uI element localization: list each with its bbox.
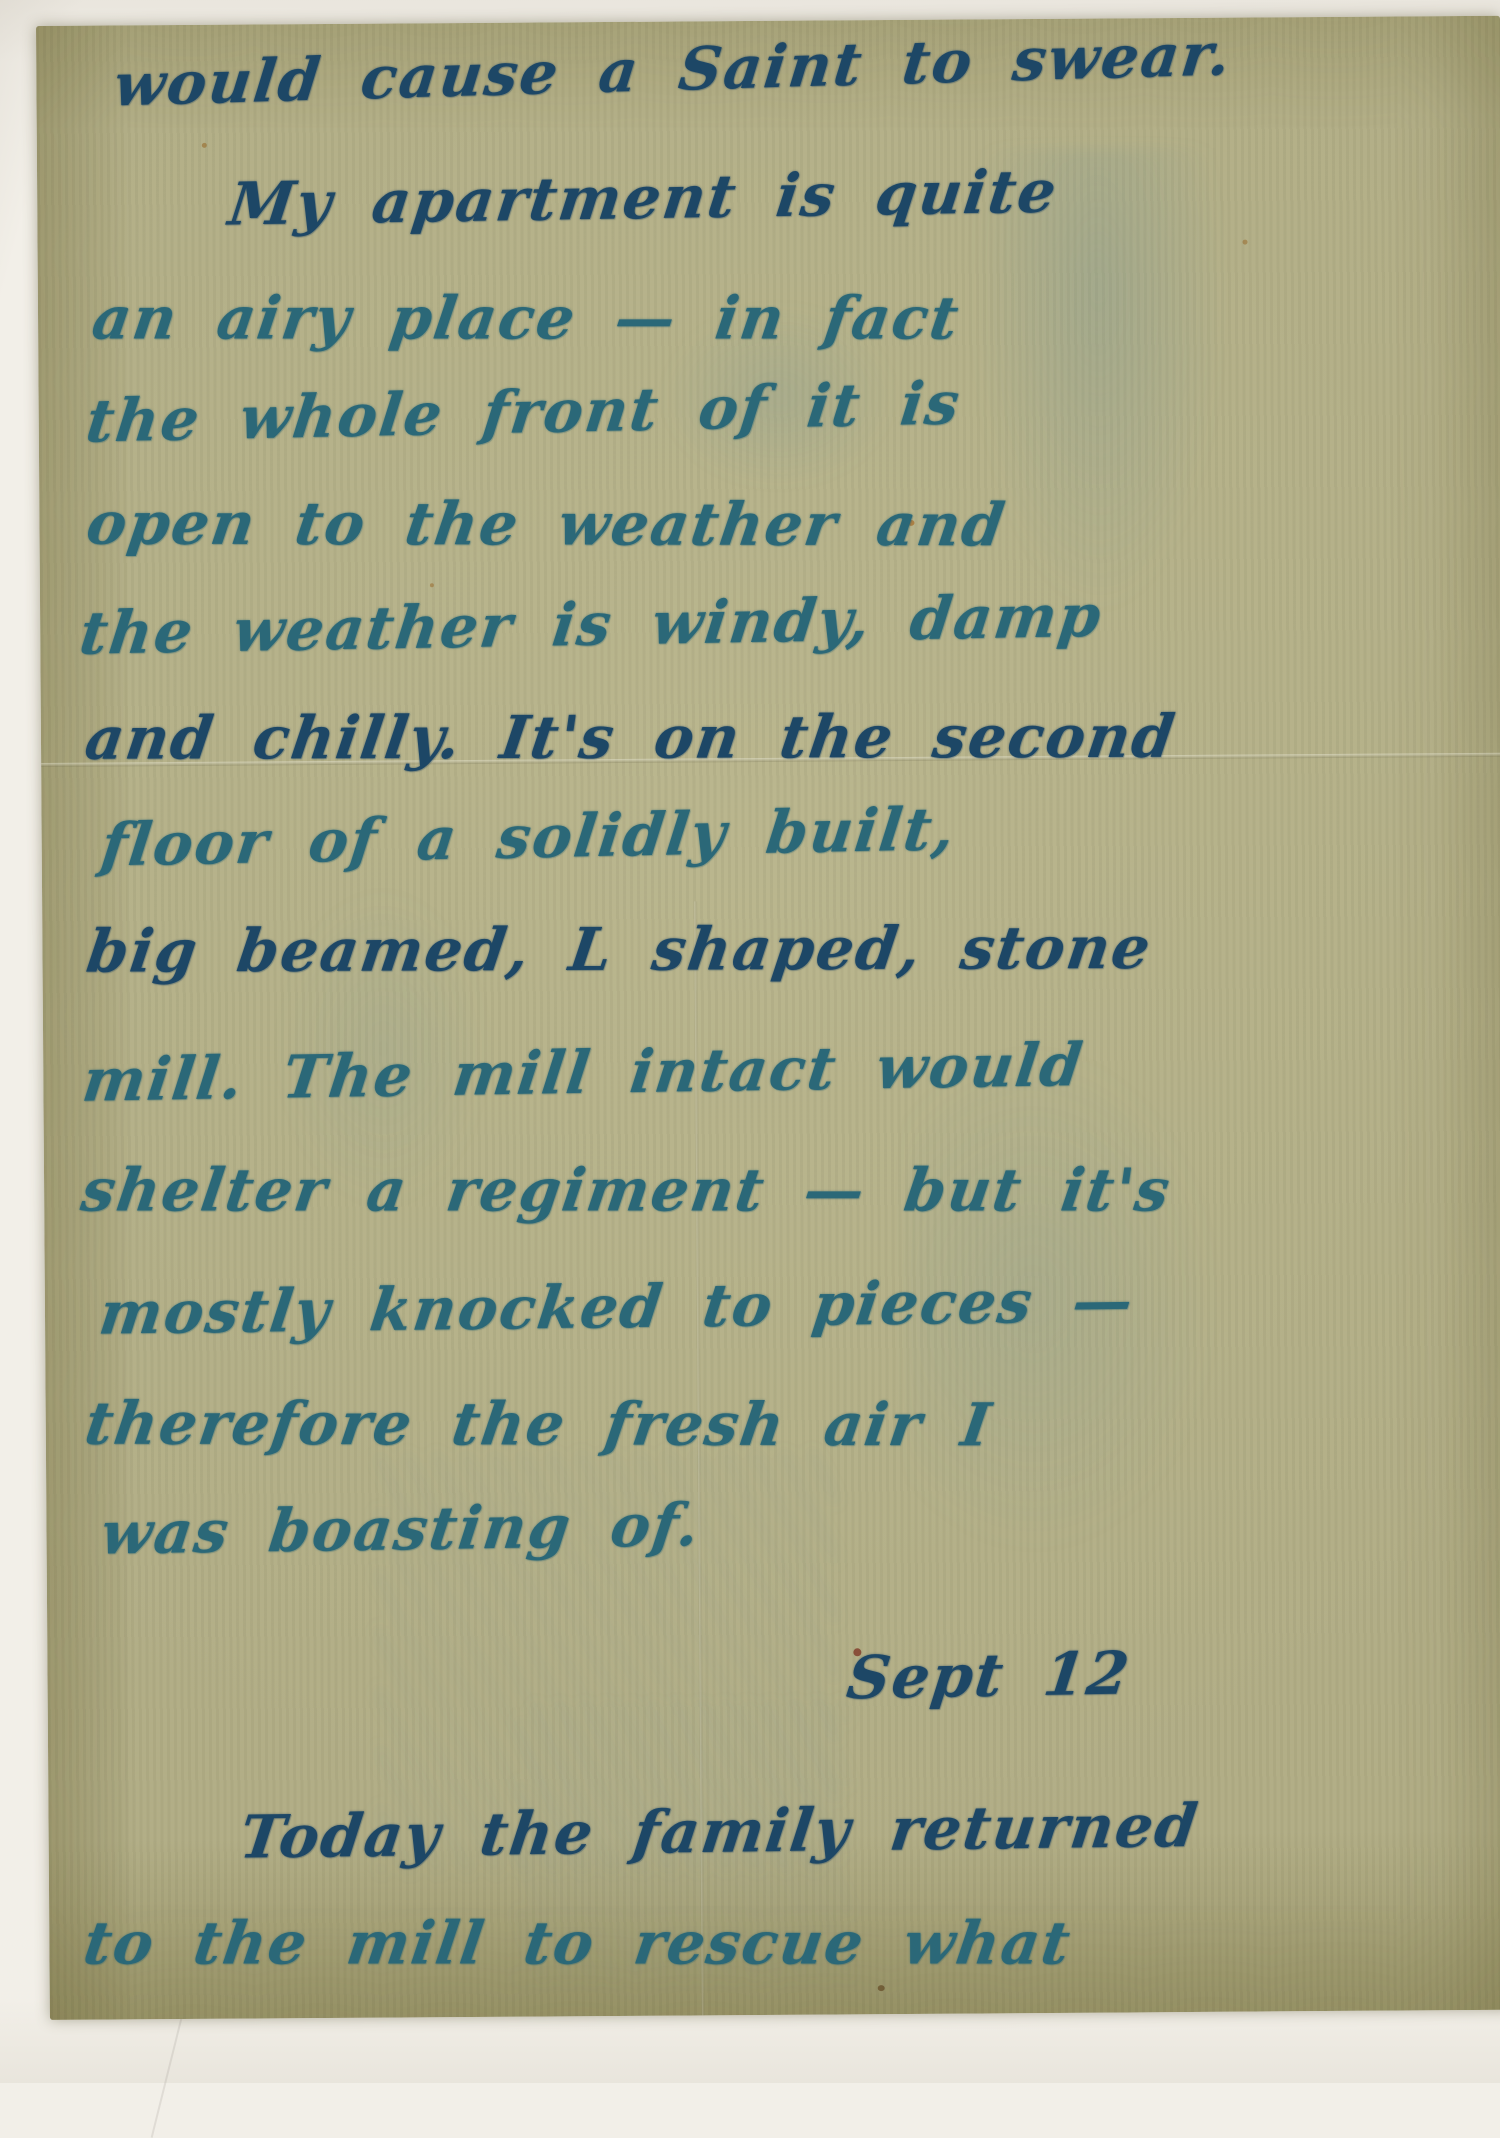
- foxing-speck: [202, 143, 207, 148]
- letter-date-line: Sept 12: [844, 1643, 1134, 1707]
- letter-line: mostly knocked to pieces —: [96, 1271, 1138, 1343]
- letter-line: was boasting of.: [98, 1495, 704, 1562]
- letter-line: open to the weather and: [83, 494, 1009, 555]
- foxing-speck: [878, 1985, 885, 1991]
- letter-line: shelter a regiment — but it's: [78, 1161, 1175, 1220]
- foxing-speck: [430, 583, 434, 587]
- letter-line: an airy place — in fact: [89, 289, 964, 348]
- letter-line: the weather is windy, damp: [77, 586, 1106, 663]
- letter-line: floor of a solidly built,: [98, 799, 959, 874]
- letter-line: and chilly. It's on the second: [82, 707, 1180, 768]
- letter-line: therefore the fresh air I: [82, 1394, 996, 1455]
- letter-line: mill. The mill intact would: [80, 1035, 1088, 1110]
- scan-background: would cause a Saint to swear. My apartme…: [0, 0, 1500, 2083]
- letter-line: would cause a Saint to swear.: [111, 24, 1235, 114]
- letter-line: to the mill to rescue what: [80, 1914, 1075, 1973]
- letter-line: My apartment is quite: [226, 162, 1062, 234]
- letter-page: would cause a Saint to swear. My apartme…: [36, 16, 1500, 2020]
- foxing-speck: [1243, 240, 1248, 245]
- letter-line: big beamed, L shaped, stone: [83, 918, 1155, 981]
- letter-line: the whole front of it is: [83, 373, 964, 450]
- letter-line: Today the family returned: [237, 1796, 1202, 1867]
